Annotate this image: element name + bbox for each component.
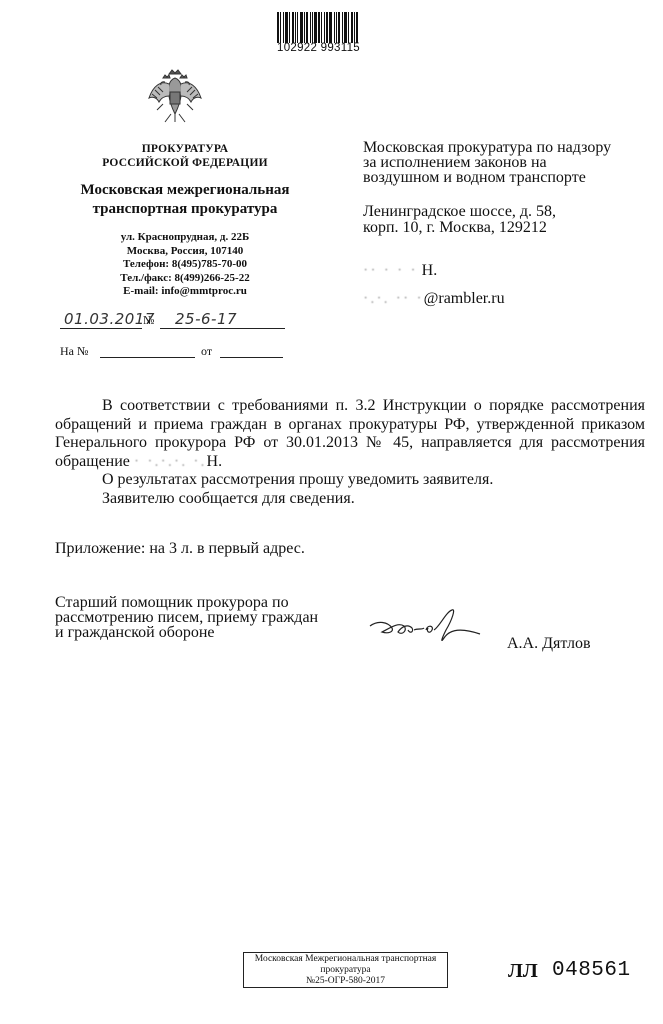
- registration-stamp: Московская Межрегиональная транспортная …: [243, 952, 448, 988]
- organization-name: Московская межрегиональная транспортная …: [60, 181, 310, 219]
- signer-name: А.А. Дятлов: [507, 635, 591, 653]
- redacted-email-user: ·.·. ·· ·: [363, 290, 424, 307]
- organization-name-line-1: Московская межрегиональная: [60, 181, 310, 200]
- letterhead-line-2: РОССИЙСКОЙ ФЕДЕРАЦИИ: [60, 157, 310, 169]
- organization-name-line-2: транспортная прокуратура: [60, 200, 310, 219]
- email-domain: @rambler.ru: [424, 290, 505, 307]
- organization-fax: Тел./факс: 8(499)266-25-22: [60, 272, 310, 286]
- attachment-note: Приложение: на 3 л. в первый адрес.: [55, 540, 305, 558]
- organization-address-1: ул. Краснопрудная, д. 22Б: [60, 231, 310, 245]
- outgoing-date: 01.03.2017: [64, 310, 155, 328]
- addressee-address-2: корп. 10, г. Москва, 129212: [363, 220, 663, 236]
- reply-from-label: от: [201, 344, 212, 359]
- applicant-name: ·· · · · Н.: [363, 262, 437, 280]
- signer-title: Старший помощник прокурора по рассмотрен…: [55, 595, 355, 640]
- redacted-name: ·· · · ·: [363, 262, 418, 279]
- barcode: 102922 993115: [277, 12, 377, 52]
- applicant-email: ·.·. ·· ·@rambler.ru: [363, 290, 505, 308]
- number-underline: [160, 328, 285, 329]
- addressee-address: Ленинградское шоссе, д. 58, корп. 10, г.…: [363, 204, 663, 236]
- organization-contacts: ул. Краснопрудная, д. 22Б Москва, Россия…: [60, 231, 310, 299]
- letter-body: В соответствии с требованиями п. 3.2 Инс…: [55, 397, 645, 508]
- barcode-number: 102922 993115: [277, 43, 377, 54]
- form-series: ЛЛ: [508, 960, 538, 983]
- reply-date-field: [220, 357, 283, 358]
- addressee-line-1: Московская прокуратура по надзору: [363, 140, 663, 155]
- applicant-initial: Н.: [422, 262, 438, 279]
- organization-address-2: Москва, Россия, 107140: [60, 245, 310, 259]
- barcode-bars: [277, 12, 377, 43]
- organization-email: E-mail: info@mmtproc.ru: [60, 285, 310, 299]
- addressee-address-1: Ленинградское шоссе, д. 58,: [363, 204, 663, 220]
- addressee-line-2: за исполнением законов на: [363, 155, 663, 170]
- body-paragraph-1: В соответствии с требованиями п. 3.2 Инс…: [55, 397, 645, 471]
- date-underline: [60, 328, 142, 329]
- number-sign: №: [143, 313, 154, 328]
- redacted-applicant: · ·.·.·. ·.: [134, 453, 207, 470]
- reply-number-field: [100, 357, 195, 358]
- addressee-organization: Московская прокуратура по надзору за исп…: [363, 140, 663, 185]
- reply-to-label: На №: [60, 344, 88, 359]
- form-serial-number: 048561: [552, 959, 631, 982]
- addressee-line-3: воздушном и водном транспорте: [363, 170, 663, 185]
- body-paragraph-3: Заявителю сообщается для сведения.: [55, 490, 645, 509]
- outgoing-registration: 01.03.2017 № 25-6-17: [60, 310, 285, 332]
- body-paragraph-2: О результатах рассмотрения прошу уведоми…: [55, 471, 645, 490]
- handwritten-signature-icon: [368, 608, 488, 648]
- letterhead-line-1: ПРОКУРАТУРА: [60, 143, 310, 155]
- outgoing-number: 25-6-17: [175, 310, 237, 328]
- coat-of-arms-icon: [143, 64, 207, 128]
- organization-phone: Телефон: 8(495)785-70-00: [60, 258, 310, 272]
- reply-reference: На № от: [60, 344, 285, 362]
